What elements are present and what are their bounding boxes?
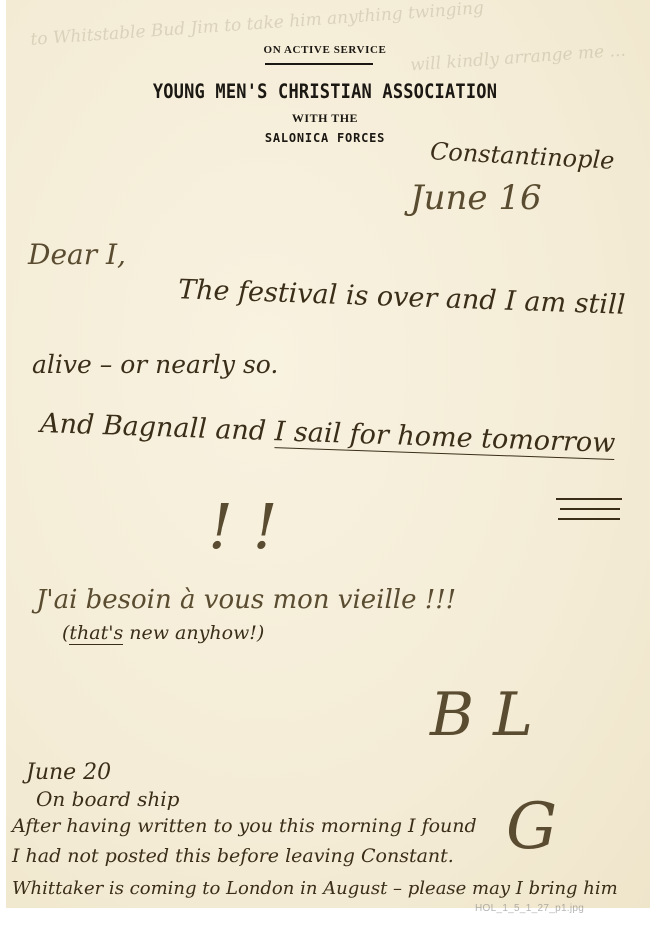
postscript-date: June 20 [26, 760, 111, 785]
underline-mark-3 [558, 518, 620, 520]
file-watermark: HOL_1_5_1_27_p1.jpg [475, 903, 584, 914]
letterhead-service: ON ACTIVE SERVICE [0, 44, 650, 56]
letterhead-organization: YOUNG MEN'S CHRISTIAN ASSOCIATION [0, 81, 650, 104]
letter-french-line: J'ai besoin à vous mon vieille !!! [36, 585, 456, 615]
postscript-line-2: I had not posted this before leaving Con… [12, 845, 454, 867]
postscript-location: On board ship [36, 787, 179, 811]
postscript-line-1: After having written to you this morning… [12, 815, 477, 837]
underline-mark-1 [556, 498, 622, 500]
letter-date: June 16 [410, 178, 542, 218]
letter-french-aside: (that's new anyhow!) [62, 622, 264, 644]
postscript-line-3: Whittaker is coming to London in August … [12, 878, 618, 899]
letter-exclamations: ! ! [208, 490, 278, 563]
letter-salutation: Dear I, [28, 238, 126, 271]
letter-signature: B L [430, 680, 533, 750]
underlined-thats: that's [69, 622, 123, 645]
letter-line-2: alive – or nearly so. [32, 350, 278, 379]
postscript-margin-mark: G [506, 790, 557, 864]
underline-mark-2 [560, 508, 620, 510]
letterhead-with: WITH THE [0, 111, 650, 126]
letterhead-rule [265, 63, 373, 65]
